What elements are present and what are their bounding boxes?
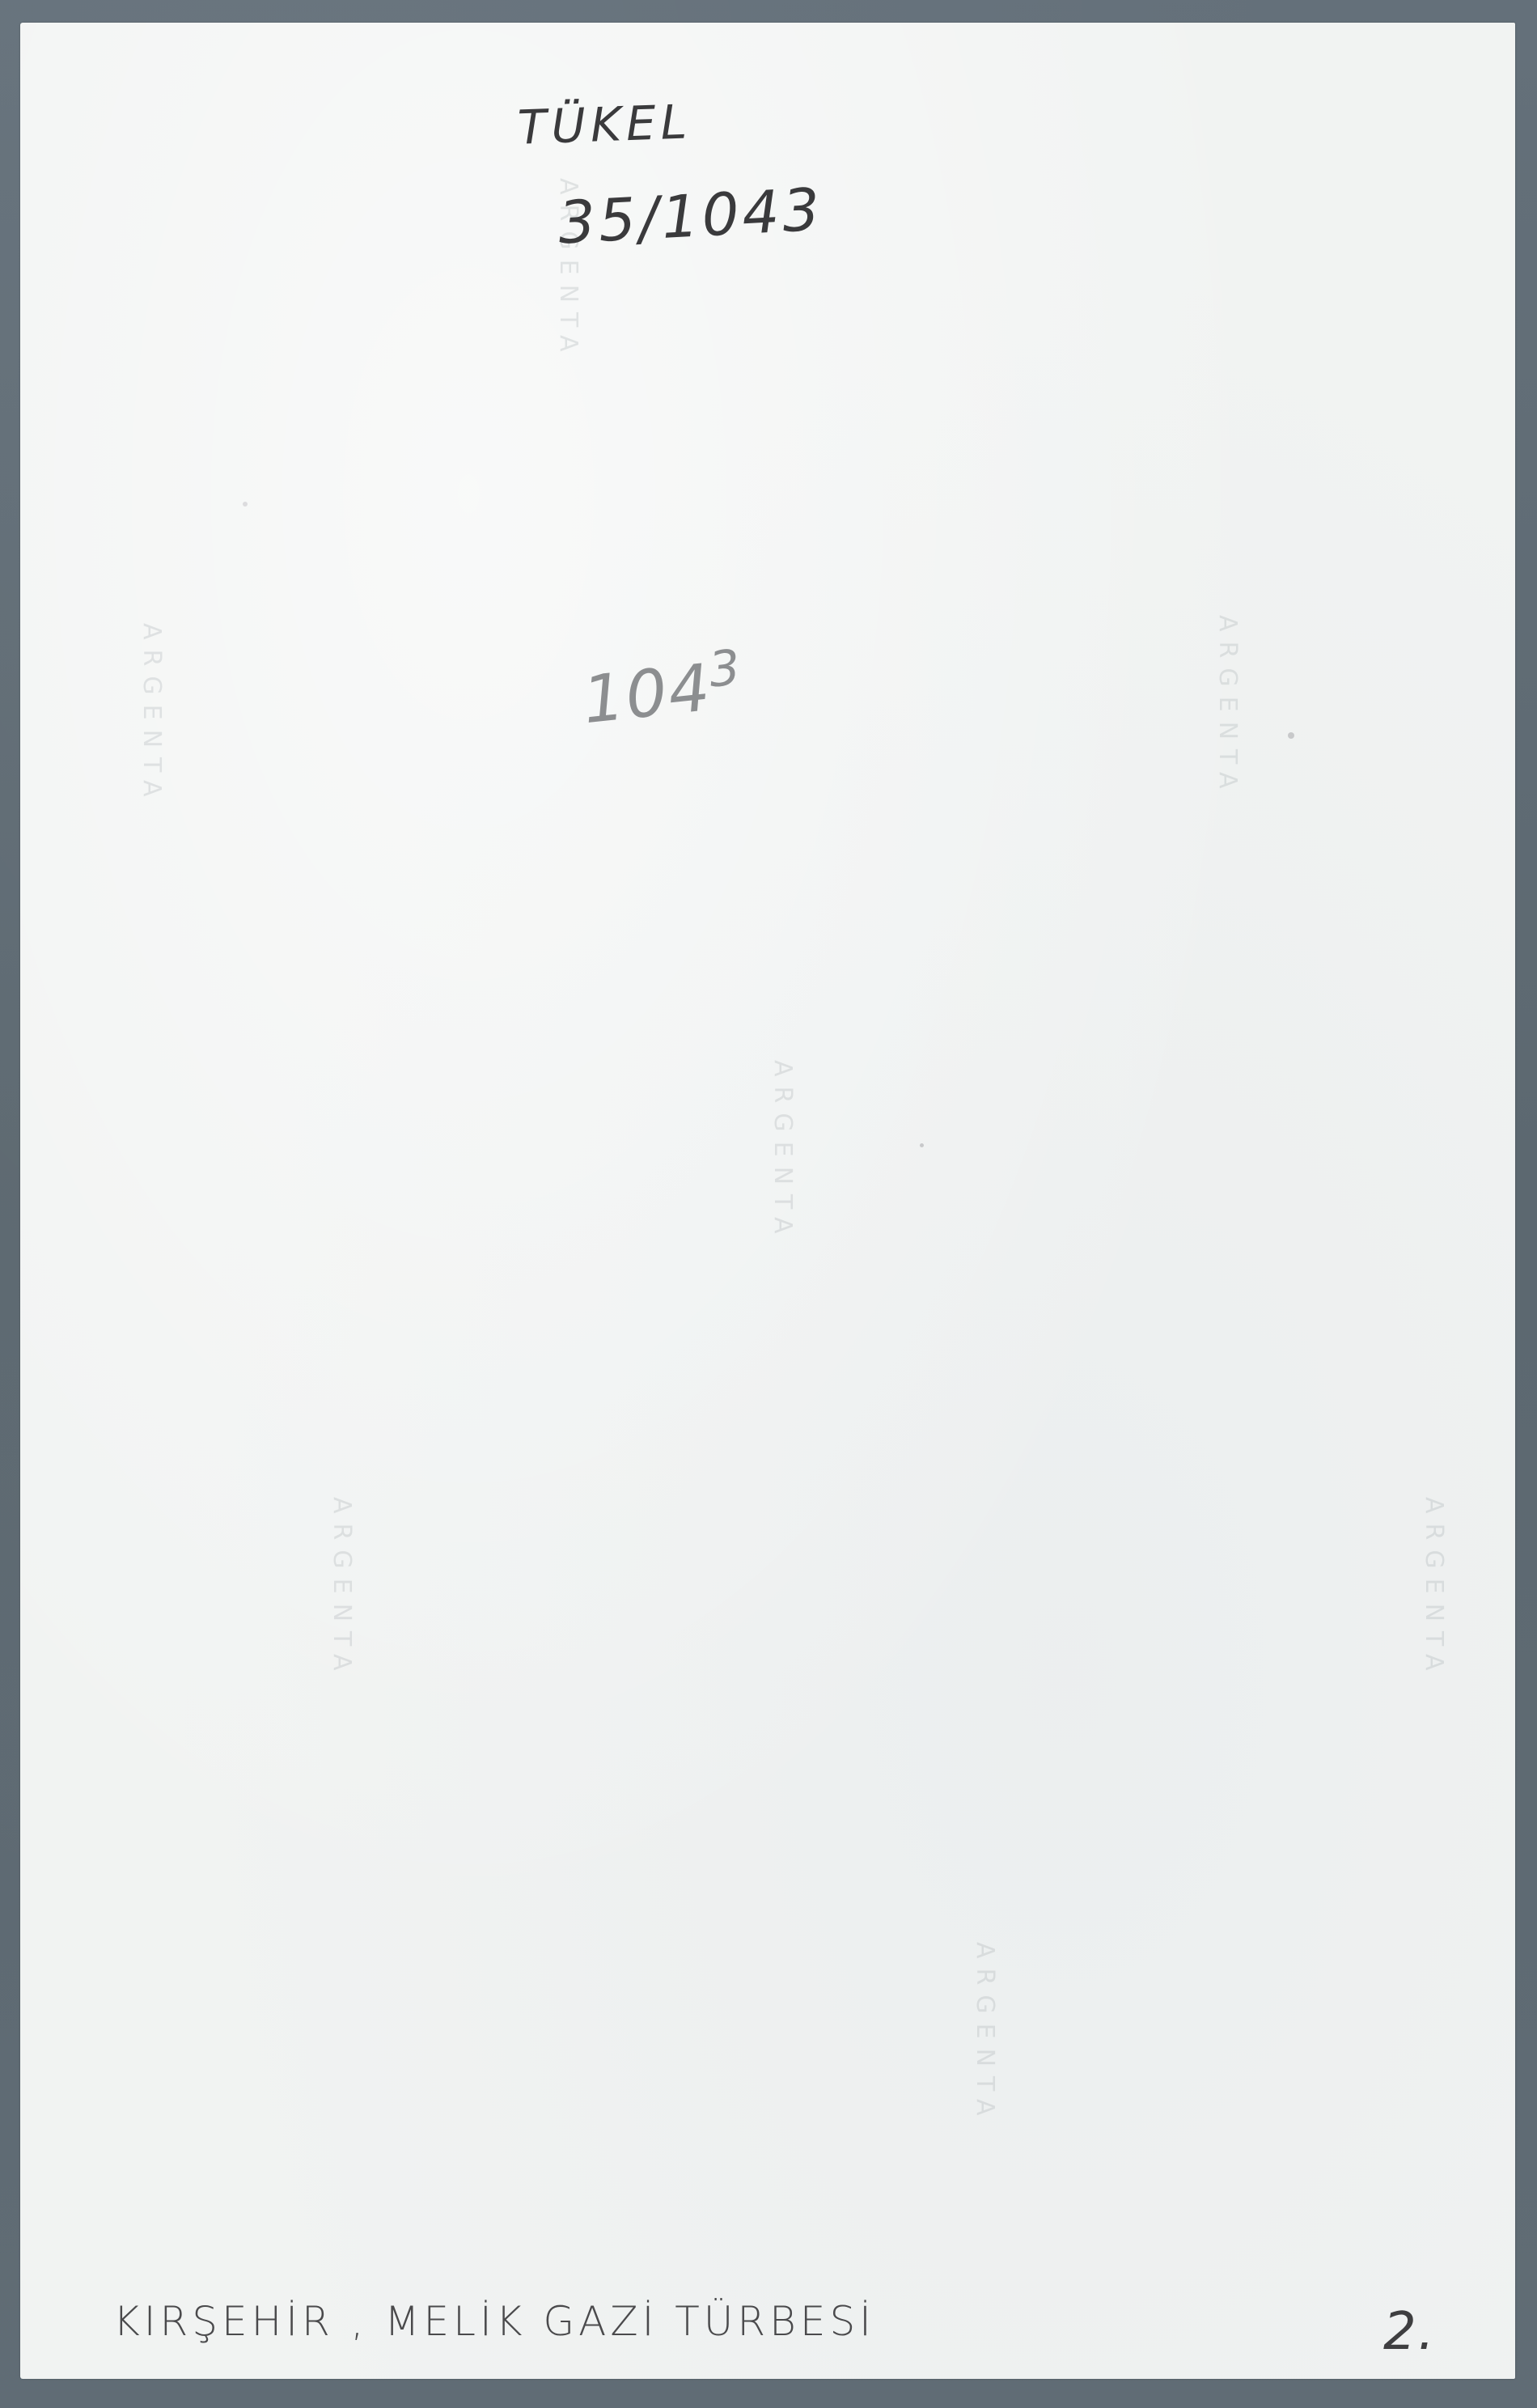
paper-watermark: ARGENTA <box>1213 615 1242 799</box>
pencil-number: 1043 <box>578 639 747 738</box>
paper-watermark: ARGENTA <box>971 1942 999 2126</box>
photographer-name: TÜKEL <box>517 94 692 155</box>
pencil-number-main: 104 <box>579 650 715 738</box>
paper-speck <box>920 1143 924 1147</box>
paper-watermark: ARGENTA <box>1420 1497 1448 1681</box>
paper-watermark: ARGENTA <box>138 623 166 807</box>
paper-speck <box>1288 732 1294 739</box>
plate-number: 2. <box>1383 2302 1436 2362</box>
reference-number: 35/1043 <box>557 175 824 256</box>
photo-back-card <box>20 23 1515 2379</box>
paper-watermark: ARGENTA <box>328 1497 356 1681</box>
location-caption: KIRŞEHİR , MELİK GAZİ TÜRBESİ <box>113 2298 875 2345</box>
paper-speck <box>243 502 248 507</box>
pencil-number-superscript: 3 <box>706 639 744 699</box>
paper-watermark: ARGENTA <box>768 1060 797 1244</box>
